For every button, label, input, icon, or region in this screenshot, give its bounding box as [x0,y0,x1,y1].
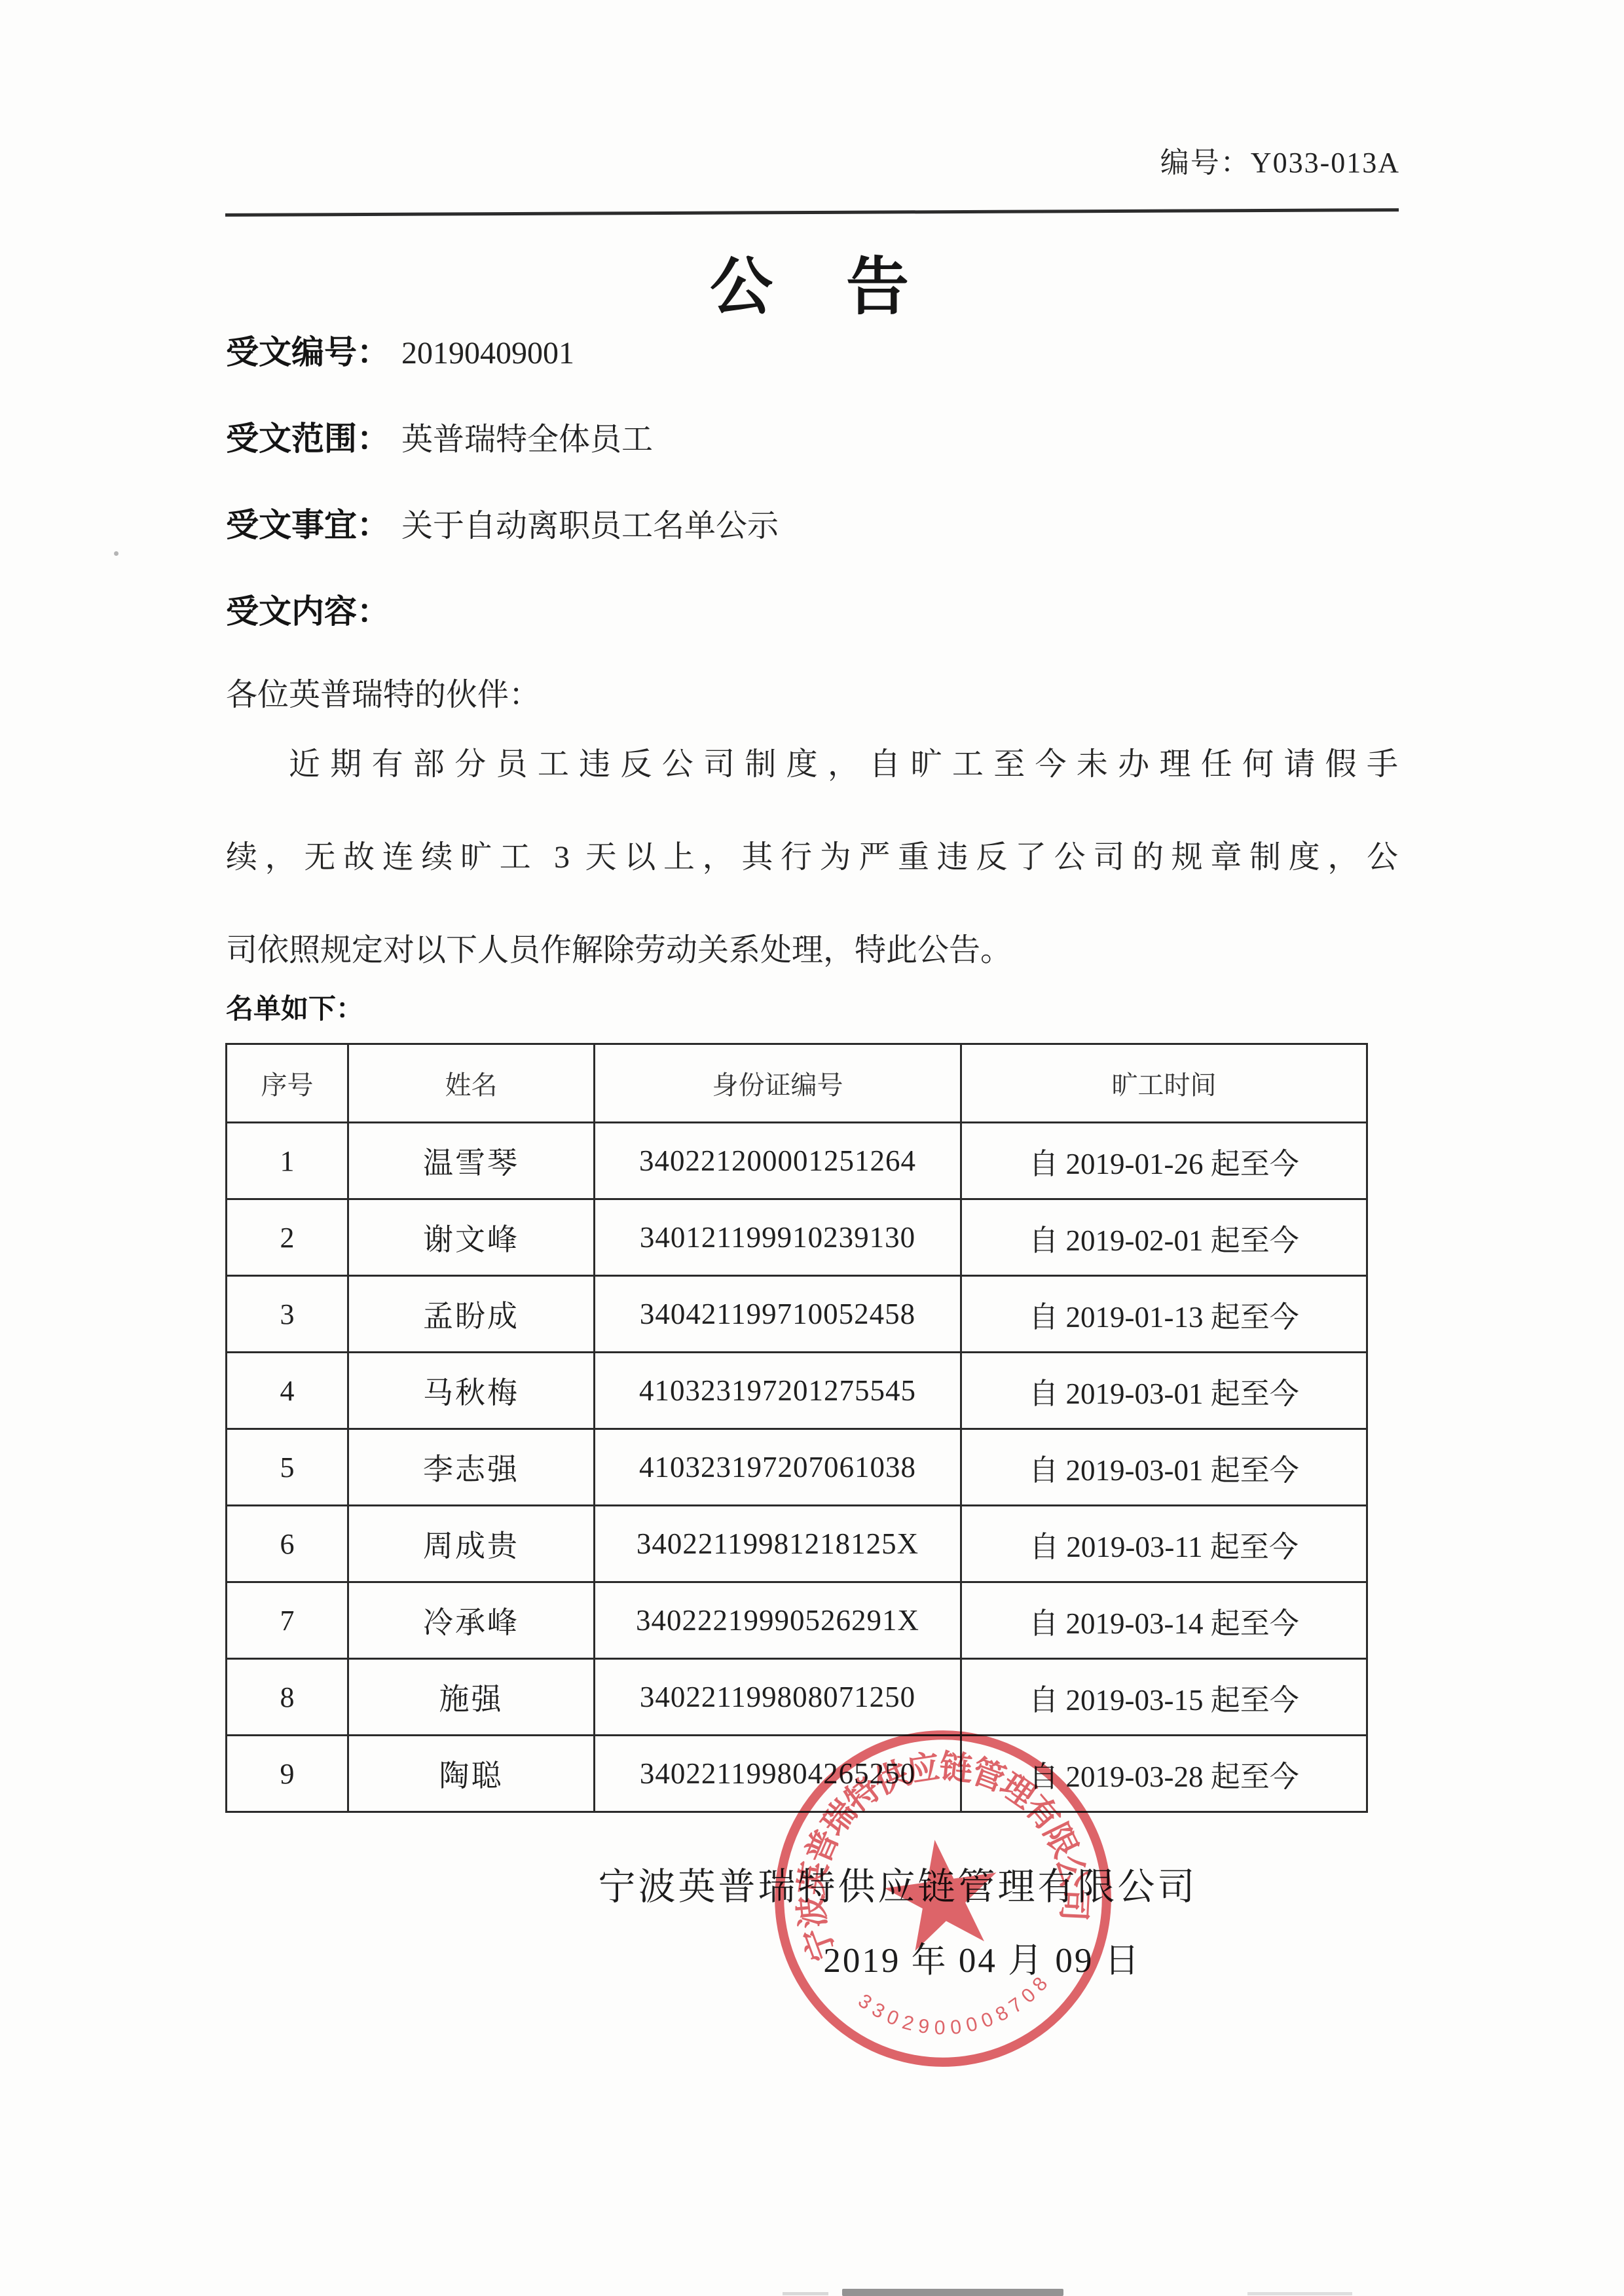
col-header-name: 姓名 [348,1044,595,1123]
scan-bottom-smudge-artifact [842,2289,1063,2296]
table-cell-id: 340221200001251264 [595,1123,961,1199]
table-cell-index: 9 [227,1736,348,1812]
table-row: 6 周成贵 34022119981218125X 自 2019-03-11 起至… [227,1506,1367,1582]
table-row: 4 马秋梅 410323197201275545 自 2019-03-01 起至… [227,1353,1367,1429]
table-cell-id: 340421199710052458 [595,1276,961,1353]
field-scope-value: 英普瑞特全体员工 [401,422,653,457]
col-header-id: 身份证编号 [595,1044,961,1123]
announcement-page: 编号：Y033-013A 公 告 受文编号：20190409001 受文范围：英… [0,0,1624,2296]
table-cell-index: 7 [227,1582,348,1659]
table-cell-name: 周成贵 [348,1506,595,1582]
table-row: 5 李志强 410323197207061038 自 2019-03-01 起至… [227,1429,1367,1506]
col-header-absence-period: 旷工时间 [961,1044,1367,1123]
table-cell-absence-period: 自 2019-03-14 起至今 [961,1582,1367,1659]
table-cell-index: 2 [227,1199,348,1276]
field-scope-label: 受文范围： [226,420,390,457]
document-number: 编号：Y033-013A [1160,139,1400,181]
table-cell-index: 5 [227,1429,348,1506]
page-title: 公 告 [0,237,1624,327]
field-doc-id-value: 20190409001 [401,336,574,371]
paragraph-line-2: 续，无故连续旷工 3 天以上，其行为严重违反了公司的规章制度，公 [226,831,1398,877]
table-cell-id: 340121199910239130 [595,1199,961,1276]
field-subject-value: 关于自动离职员工名单公示 [401,509,779,543]
table-cell-name: 冷承峰 [348,1582,595,1659]
table-cell-name: 马秋梅 [348,1353,595,1429]
table-cell-index: 8 [227,1659,348,1736]
scan-bottom-dash-artifact [1247,2292,1352,2295]
field-scope: 受文范围：英普瑞特全体员工 [226,412,1401,460]
paragraph-line-3: 司依照规定对以下人员作解除劳动关系处理，特此公告。 [226,924,1398,970]
table-cell-index: 1 [227,1123,348,1199]
scan-speck-artifact [114,551,119,556]
field-subject: 受文事宜：关于自动离职员工名单公示 [226,499,1401,546]
table-cell-index: 4 [227,1353,348,1429]
list-intro: 名单如下： [226,987,363,1027]
table-row: 8 施强 340221199808071250 自 2019-03-15 起至今 [227,1659,1367,1736]
table-cell-name: 谢文峰 [348,1199,595,1276]
col-header-index: 序号 [227,1044,348,1123]
header-divider [225,208,1399,217]
salutation: 各位英普瑞特的伙伴： [226,669,540,714]
table-row: 3 孟盼成 340421199710052458 自 2019-01-13 起至… [227,1276,1367,1353]
seal-star-icon [879,1832,1006,1954]
field-doc-id-label: 受文编号： [226,334,390,371]
table-row: 2 谢文峰 340121199910239130 自 2019-02-01 起至… [227,1199,1367,1276]
table-cell-id: 410323197207061038 [595,1429,961,1506]
table-cell-absence-period: 自 2019-01-26 起至今 [961,1123,1367,1199]
table-cell-index: 3 [227,1276,348,1353]
absence-roster-table: 序号 姓名 身份证编号 旷工时间 1 温雪琴 34022120000125126… [225,1043,1368,1813]
field-content-label: 受文内容： [226,593,390,630]
table-cell-absence-period: 自 2019-02-01 起至今 [961,1199,1367,1276]
table-cell-absence-period: 自 2019-03-01 起至今 [961,1353,1367,1429]
table-row: 7 冷承峰 34022219990526291X 自 2019-03-14 起至… [227,1582,1367,1659]
table-cell-absence-period: 自 2019-03-01 起至今 [961,1429,1367,1506]
paragraph-line-1: 近期有部分员工违反公司制度，自旷工至今未办理任何请假手 [226,738,1398,784]
company-seal-stamp: 宁波英普瑞特供应链管理有限公司 3302900008708 [734,1690,1151,2107]
table-cell-id: 410323197201275545 [595,1353,961,1429]
table-cell-name: 孟盼成 [348,1276,595,1353]
table-row: 1 温雪琴 340221200001251264 自 2019-01-26 起至… [227,1123,1367,1199]
table-header-row: 序号 姓名 身份证编号 旷工时间 [227,1044,1367,1123]
table-cell-name: 李志强 [348,1429,595,1506]
field-content: 受文内容： [226,585,1401,632]
table-cell-id: 34022119981218125X [595,1506,961,1582]
table-cell-name: 陶聪 [348,1736,595,1812]
table-cell-absence-period: 自 2019-01-13 起至今 [961,1276,1367,1353]
table-cell-index: 6 [227,1506,348,1582]
field-doc-id: 受文编号：20190409001 [226,326,1401,373]
table-cell-name: 施强 [348,1659,595,1736]
scan-bottom-dash-artifact [783,2292,828,2295]
table-cell-id: 34022219990526291X [595,1582,961,1659]
table-cell-absence-period: 自 2019-03-11 起至今 [961,1506,1367,1582]
field-subject-label: 受文事宜： [226,507,390,543]
table-cell-name: 温雪琴 [348,1123,595,1199]
